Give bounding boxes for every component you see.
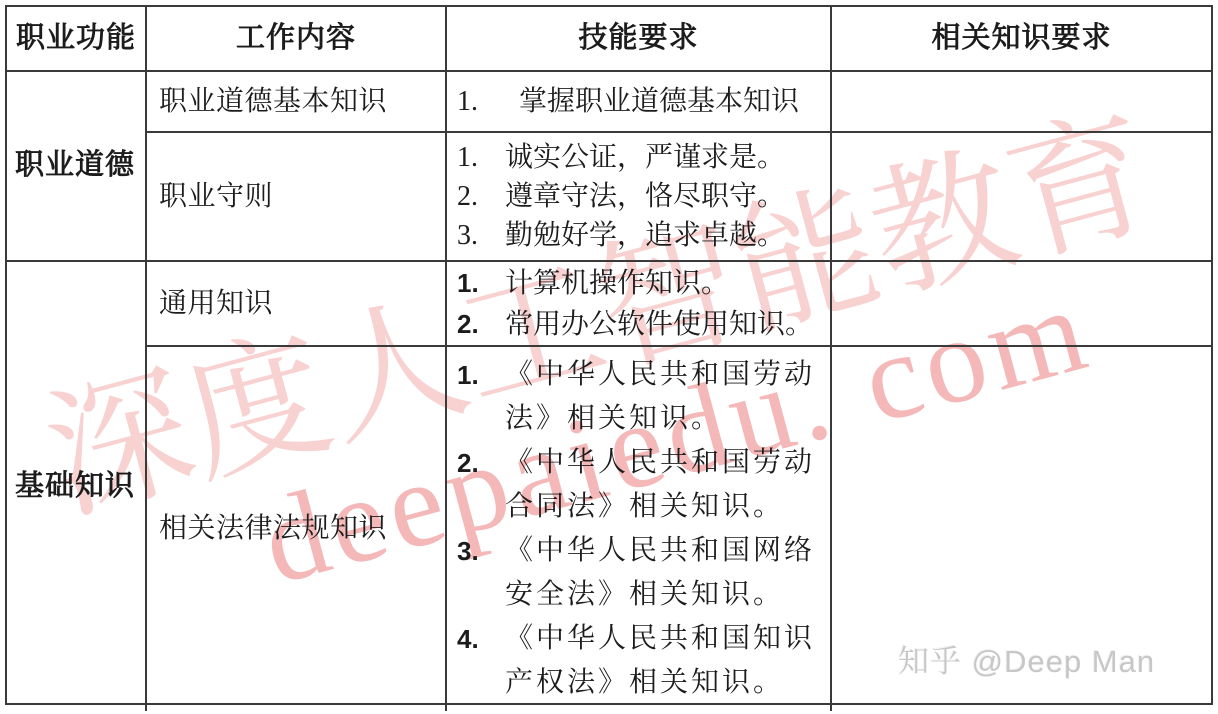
skill-number: 1.	[457, 263, 505, 304]
skill-text: 计算机操作知识。	[505, 263, 824, 304]
header-cell-knowledge-requirements: 相关知识要求	[832, 7, 1211, 72]
skill-number: 4.	[457, 617, 505, 661]
work-cell-legal-regulations: 相关法律法规知识	[147, 347, 447, 711]
skill-number: 2.	[457, 441, 505, 485]
skill-item: 1. 诚实公证，严谨求是。	[457, 138, 824, 177]
header-cell-work-content: 工作内容	[147, 7, 447, 72]
work-cell-professional-codes: 职业守则	[147, 133, 447, 262]
skill-text: 《中华人民共和国网络 安全法》相关知识。	[505, 529, 824, 617]
skill-text: 《中华人民共和国劳动 法》相关知识。	[505, 353, 824, 441]
skill-item: 3. 《中华人民共和国网络 安全法》相关知识。	[457, 529, 824, 617]
function-cell-basic-knowledge: 基础知识	[7, 262, 147, 711]
skill-cell-legal-regulations: 1. 《中华人民共和国劳动 法》相关知识。 2. 《中华人民共和国劳动 合同法》…	[447, 347, 832, 711]
knowledge-cell-general-knowledge	[832, 262, 1211, 347]
skill-text: 勤勉好学，追求卓越。	[505, 216, 824, 255]
skill-item: 4. 《中华人民共和国知识 产权法》相关知识。	[457, 617, 824, 705]
skill-text: 《中华人民共和国知识 产权法》相关知识。	[505, 617, 824, 705]
skill-cell-professional-codes: 1. 诚实公证，严谨求是。 2. 遵章守法，恪尽职守。 3. 勤勉好学，追求卓越…	[447, 133, 832, 262]
skill-item: 3. 勤勉好学，追求卓越。	[457, 216, 824, 255]
skill-text: 常用办公软件使用知识。	[505, 304, 824, 345]
skill-cell-general-knowledge: 1. 计算机操作知识。 2. 常用办公软件使用知识。	[447, 262, 832, 347]
function-cell-professional-ethics: 职业道德	[7, 72, 147, 262]
skill-number: 1.	[457, 138, 505, 177]
skill-number: 2.	[457, 177, 505, 216]
skill-item: 1. 计算机操作知识。	[457, 263, 824, 304]
skill-number: 3.	[457, 216, 505, 255]
skill-number: 2.	[457, 304, 505, 345]
skill-item: 2. 《中华人民共和国劳动 合同法》相关知识。	[457, 441, 824, 529]
zhihu-credit-watermark: 知乎 @Deep Man	[898, 636, 1155, 681]
skill-number: 3.	[457, 529, 505, 573]
skill-item: 1. 《中华人民共和国劳动 法》相关知识。	[457, 353, 824, 441]
skill-requirements-table: 职业功能 工作内容 技能要求 相关知识要求 职业道德 职业道德基本知识 1. 掌…	[5, 5, 1213, 705]
skill-text: 掌握职业道德基本知识	[519, 82, 824, 122]
skill-item: 2. 遵章守法，恪尽职守。	[457, 177, 824, 216]
skill-number: 1.	[457, 82, 519, 122]
skill-text: 遵章守法，恪尽职守。	[505, 177, 824, 216]
header-cell-function: 职业功能	[7, 7, 147, 72]
skill-cell-ethics-basic: 1. 掌握职业道德基本知识	[447, 72, 832, 133]
skill-text: 《中华人民共和国劳动 合同法》相关知识。	[505, 441, 824, 529]
skill-item: 2. 常用办公软件使用知识。	[457, 304, 824, 345]
skill-item: 1. 掌握职业道德基本知识	[457, 82, 824, 122]
work-cell-general-knowledge: 通用知识	[147, 262, 447, 347]
work-cell-ethics-basic: 职业道德基本知识	[147, 72, 447, 133]
skill-text: 诚实公证，严谨求是。	[505, 138, 824, 177]
knowledge-cell-ethics-basic	[832, 72, 1211, 133]
header-cell-skill-requirements: 技能要求	[447, 7, 832, 72]
knowledge-cell-professional-codes	[832, 133, 1211, 262]
skill-number: 1.	[457, 353, 505, 397]
